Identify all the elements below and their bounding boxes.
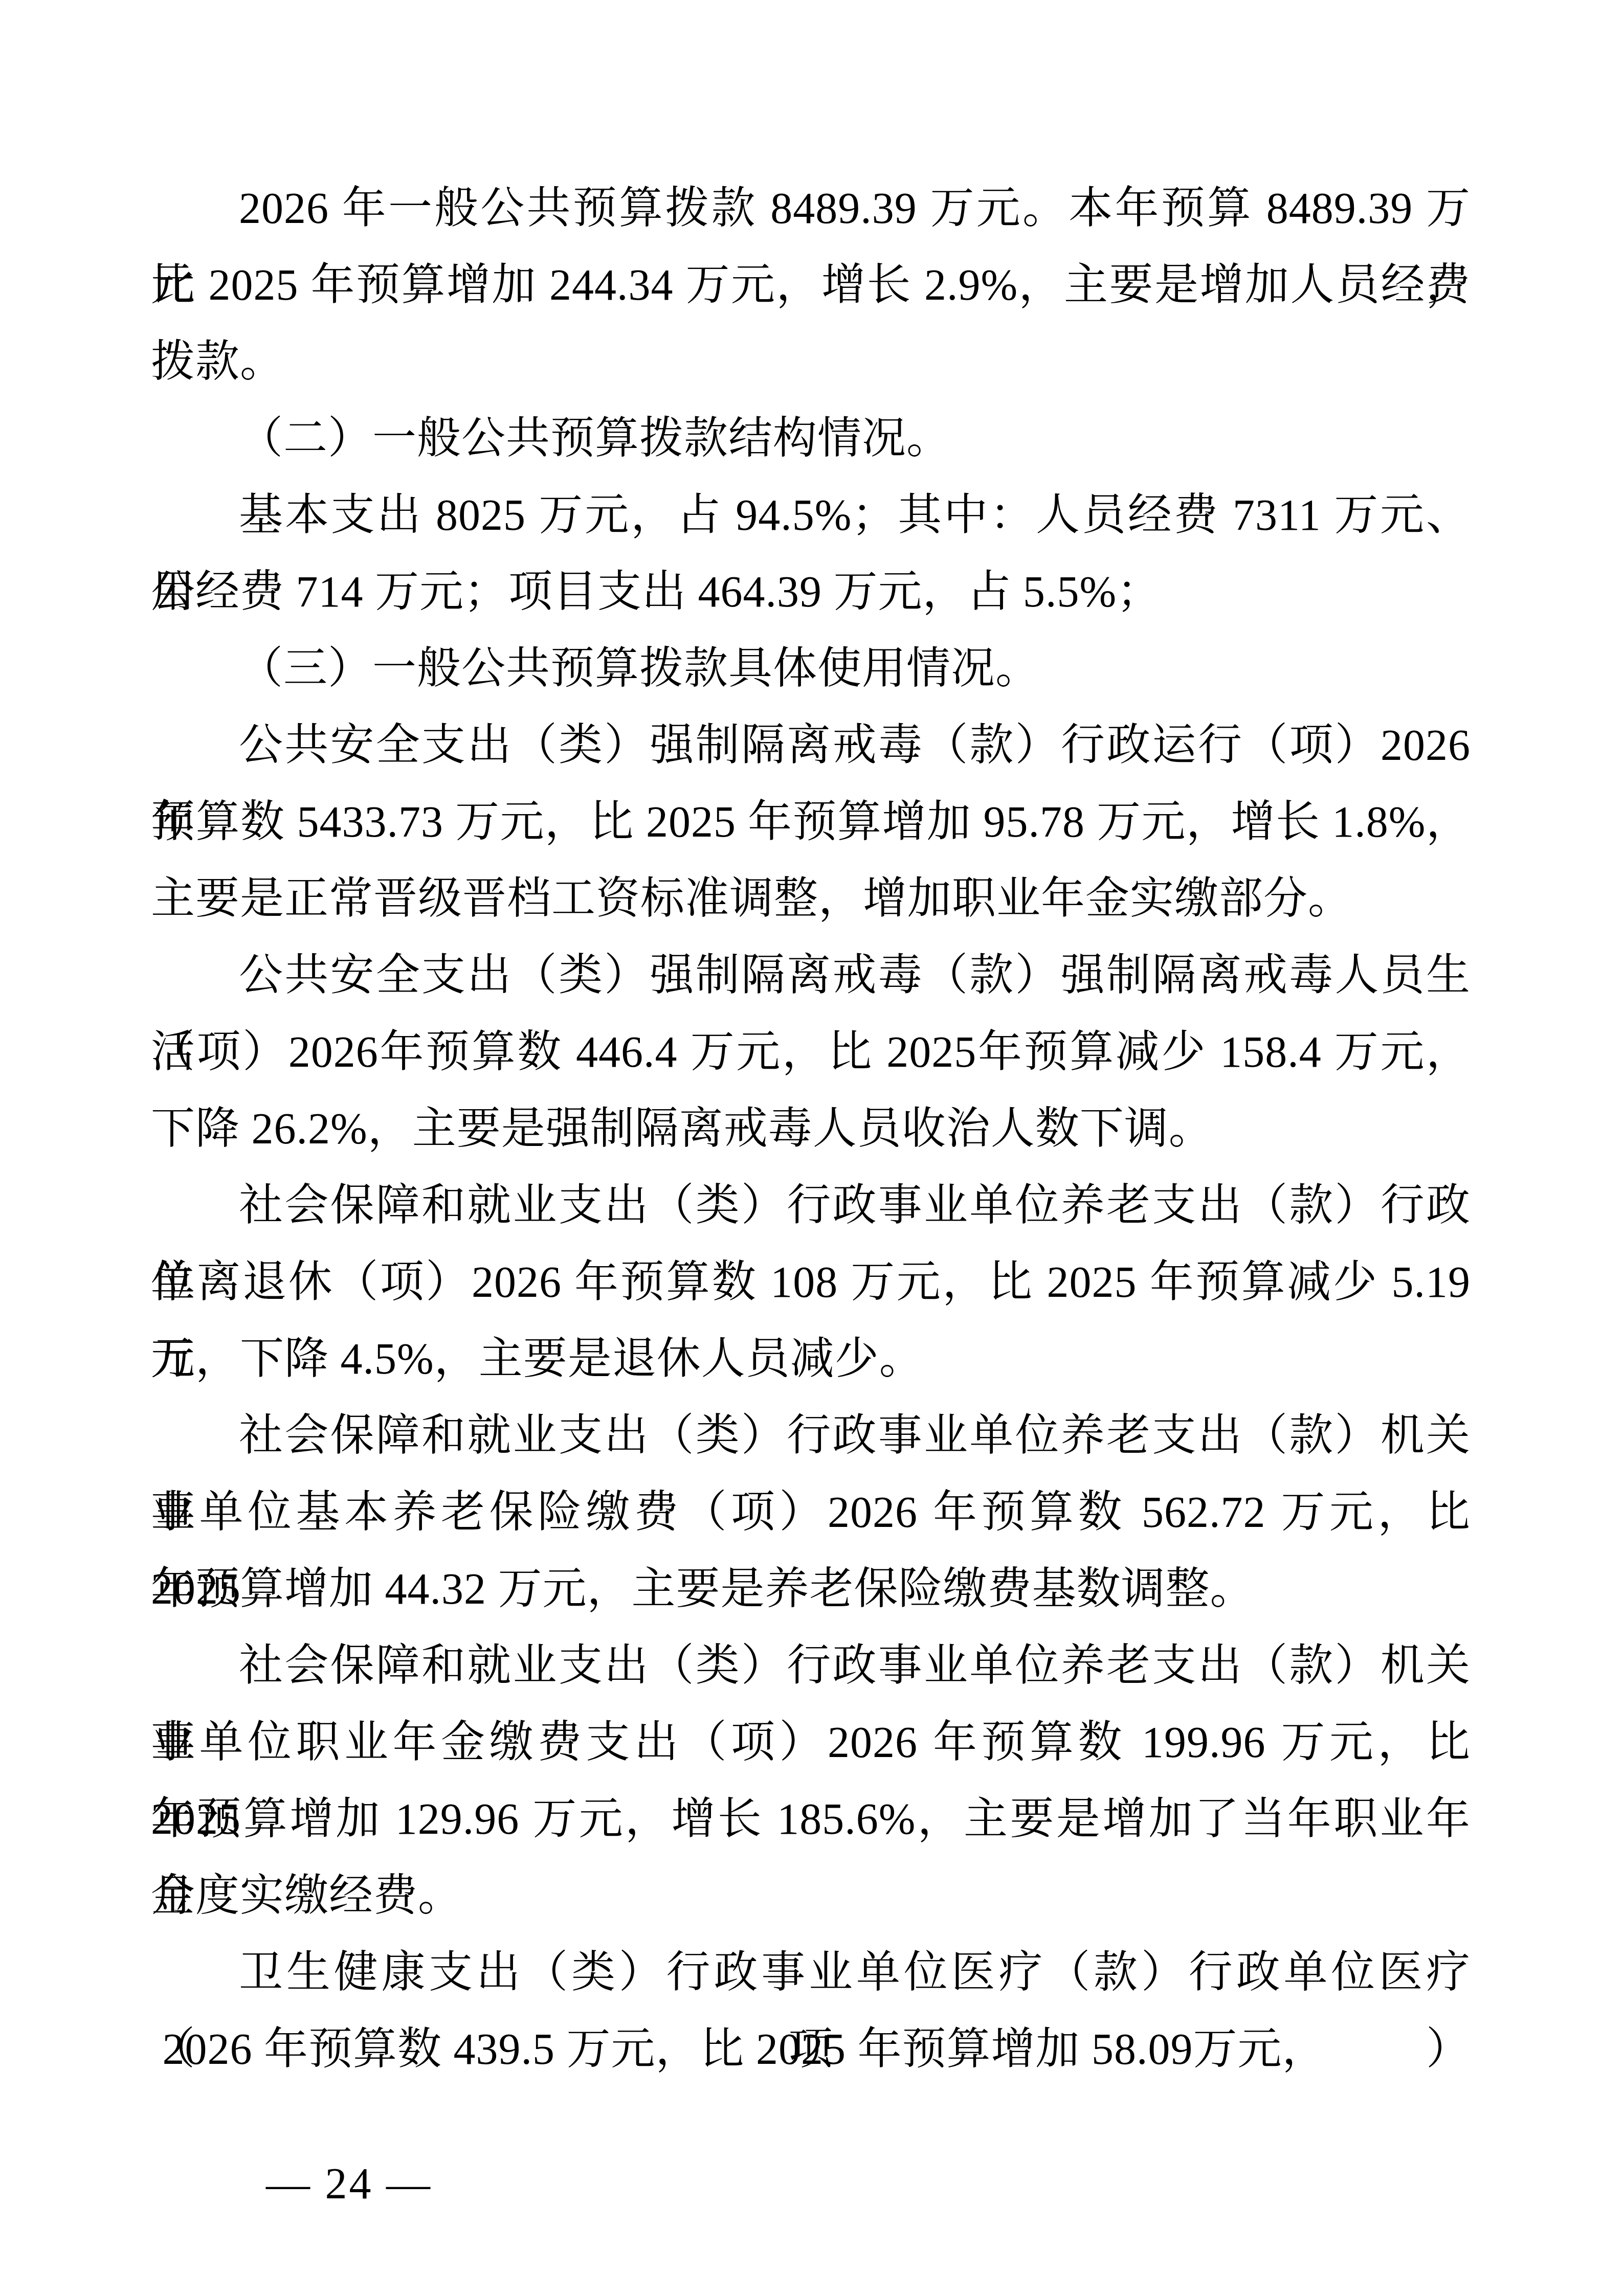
text-line: 月度实缴经费。 [151, 1857, 1471, 1934]
paragraph: （二）一般公共预算拨款结构情况。 [151, 400, 1471, 477]
paragraph: （三）一般公共预算拨款具体使用情况。 [151, 630, 1471, 707]
paragraph: 卫生健康支出（类）行政事业单位医疗（款）行政单位医疗（项） 2026 年预算数 … [151, 1934, 1471, 2087]
text-block: 2026 年一般公共预算拨款 8489.39 万元。本年预算 8489.39 万… [151, 170, 1471, 2087]
text-line: 位离退休（项）2026 年预算数 108 万元，比 2025 年预算减少 5.1… [151, 1244, 1471, 1320]
paragraph: 2026 年一般公共预算拨款 8489.39 万元。本年预算 8489.39 万… [151, 170, 1471, 400]
text-line: 下降 26.2%，主要是强制隔离戒毒人员收治人数下调。 [151, 1090, 1471, 1167]
paragraph: 社会保障和就业支出（类）行政事业单位养老支出（款）机关事 业单位职业年金缴费支出… [151, 1627, 1471, 1934]
text-line: 用经费 714 万元；项目支出 464.39 万元，占 5.5%； [151, 553, 1471, 630]
text-line: 业单位基本养老保险缴费（项）2026 年预算数 562.72 万元，比 2025 [151, 1474, 1471, 1550]
text-line: 年预算增加 44.32 万元，主要是养老保险缴费基数调整。 [151, 1550, 1471, 1627]
page-number: — 24 — [266, 2145, 432, 2222]
text-line: 基本支出 8025 万元，占 94.5%；其中：人员经费 7311 万元、公 [151, 477, 1471, 553]
text-line: 2026 年一般公共预算拨款 8489.39 万元。本年预算 8489.39 万… [151, 170, 1471, 246]
paragraph: 社会保障和就业支出（类）行政事业单位养老支出（款）机关事 业单位基本养老保险缴费… [151, 1397, 1471, 1627]
text-line: 拨款。 [151, 323, 1471, 400]
text-line: （二）一般公共预算拨款结构情况。 [151, 400, 1471, 477]
paragraph: 公共安全支出（类）强制隔离戒毒（款）强制隔离戒毒人员生活 （项）2026年预算数… [151, 937, 1471, 1167]
text-line: 预算数 5433.73 万元，比 2025 年预算增加 95.78 万元，增长 … [151, 783, 1471, 860]
text-line: 公共安全支出（类）强制隔离戒毒（款）强制隔离戒毒人员生活 [151, 937, 1471, 1014]
text-line: （三）一般公共预算拨款具体使用情况。 [151, 630, 1471, 707]
text-line: 公共安全支出（类）强制隔离戒毒（款）行政运行（项）2026年 [151, 707, 1471, 783]
text-line: 卫生健康支出（类）行政事业单位医疗（款）行政单位医疗（项） [151, 1934, 1471, 2011]
text-line: 元，下降 4.5%，主要是退休人员减少。 [151, 1320, 1471, 1397]
text-line: （项）2026年预算数 446.4 万元，比 2025年预算减少 158.4 万… [151, 1014, 1471, 1090]
text-line: 社会保障和就业支出（类）行政事业单位养老支出（款）机关事 [151, 1627, 1471, 1704]
text-line: 比 2025 年预算增加 244.34 万元，增长 2.9%，主要是增加人员经费 [151, 246, 1471, 323]
text-line: 2026 年预算数 439.5 万元，比 2025 年预算增加 58.09万元， [151, 2011, 1471, 2087]
text-line: 社会保障和就业支出（类）行政事业单位养老支出（款）机关事 [151, 1397, 1471, 1474]
text-line: 年预算增加 129.96 万元，增长 185.6%，主要是增加了当年职业年金 [151, 1781, 1471, 1857]
text-line: 主要是正常晋级晋档工资标准调整，增加职业年金实缴部分。 [151, 860, 1471, 937]
paragraph: 公共安全支出（类）强制隔离戒毒（款）行政运行（项）2026年 预算数 5433.… [151, 707, 1471, 937]
text-line: 社会保障和就业支出（类）行政事业单位养老支出（款）行政单 [151, 1167, 1471, 1244]
text-line: 业单位职业年金缴费支出（项）2026 年预算数 199.96 万元，比 2025 [151, 1704, 1471, 1781]
document-page: 2026 年一般公共预算拨款 8489.39 万元。本年预算 8489.39 万… [0, 0, 1624, 2296]
paragraph: 基本支出 8025 万元，占 94.5%；其中：人员经费 7311 万元、公 用… [151, 477, 1471, 630]
paragraph: 社会保障和就业支出（类）行政事业单位养老支出（款）行政单 位离退休（项）2026… [151, 1167, 1471, 1397]
